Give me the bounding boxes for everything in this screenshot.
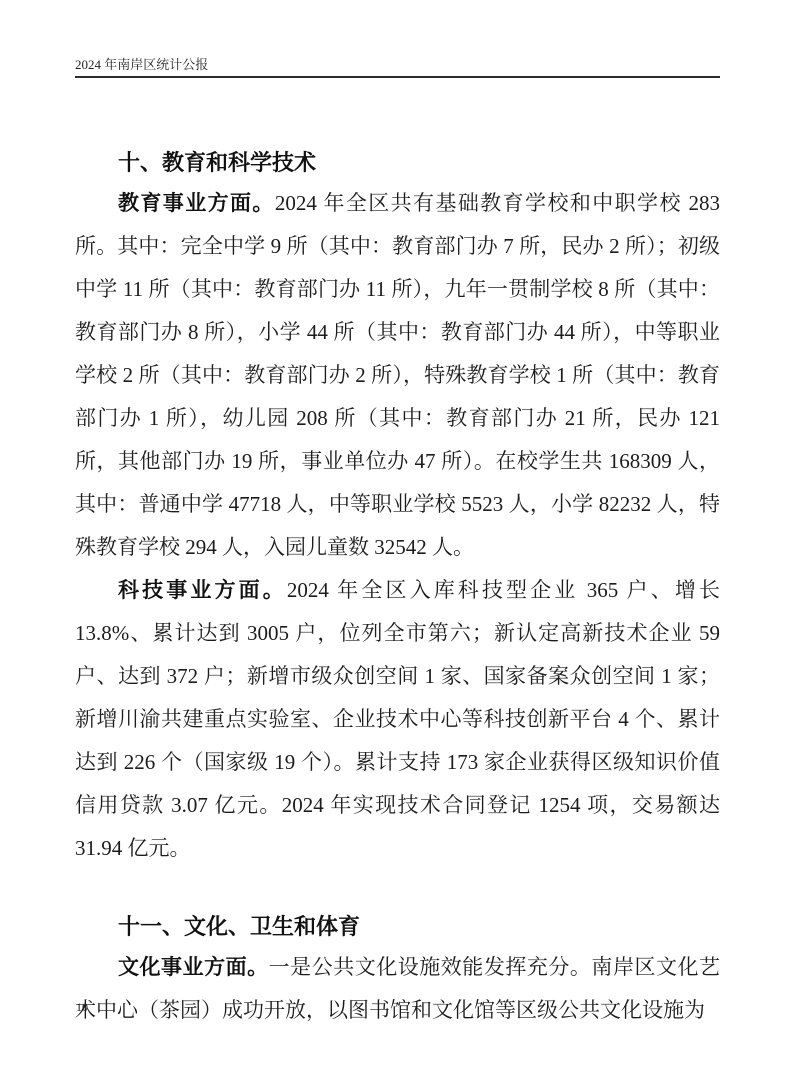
paragraph-education: 教育事业方面。2024 年全区共有基础教育学校和中职学校 283 所。其中：完全… bbox=[75, 182, 720, 569]
paragraph-text-science: 2024 年全区入库科技型企业 365 户、增长 13.8%、累计达到 3005… bbox=[75, 578, 720, 860]
paragraph-text-education: 2024 年全区共有基础教育学校和中职学校 283 所。其中：完全中学 9 所（… bbox=[75, 191, 720, 559]
paragraph-lead-culture: 文化事业方面。 bbox=[118, 956, 269, 979]
paragraph-lead-science: 科技事业方面。 bbox=[118, 579, 287, 602]
document-body: 十、教育和科学技术 教育事业方面。2024 年全区共有基础教育学校和中职学校 2… bbox=[75, 148, 720, 1032]
paragraph-culture: 文化事业方面。一是公共文化设施效能发挥充分。南岸区文化艺术中心（茶园）成功开放，… bbox=[75, 946, 720, 1032]
paragraph-lead-education: 教育事业方面。 bbox=[118, 192, 275, 215]
page-number: 10 bbox=[76, 1000, 88, 1015]
paragraph-emphasis-culture: 一是公共文化设施效能发挥充分。 bbox=[269, 955, 592, 979]
paragraph-science: 科技事业方面。2024 年全区入库科技型企业 365 户、增长 13.8%、累计… bbox=[75, 569, 720, 870]
header-title: 2024 年南岸区统计公报 bbox=[75, 57, 208, 72]
section-heading-education-science: 十、教育和科学技术 bbox=[75, 148, 720, 177]
document-header: 2024 年南岸区统计公报 bbox=[75, 56, 720, 78]
section-heading-culture-health-sports: 十一、文化、卫生和体育 bbox=[75, 912, 720, 941]
document-page: 2024 年南岸区统计公报 十、教育和科学技术 教育事业方面。2024 年全区共… bbox=[0, 0, 794, 1078]
